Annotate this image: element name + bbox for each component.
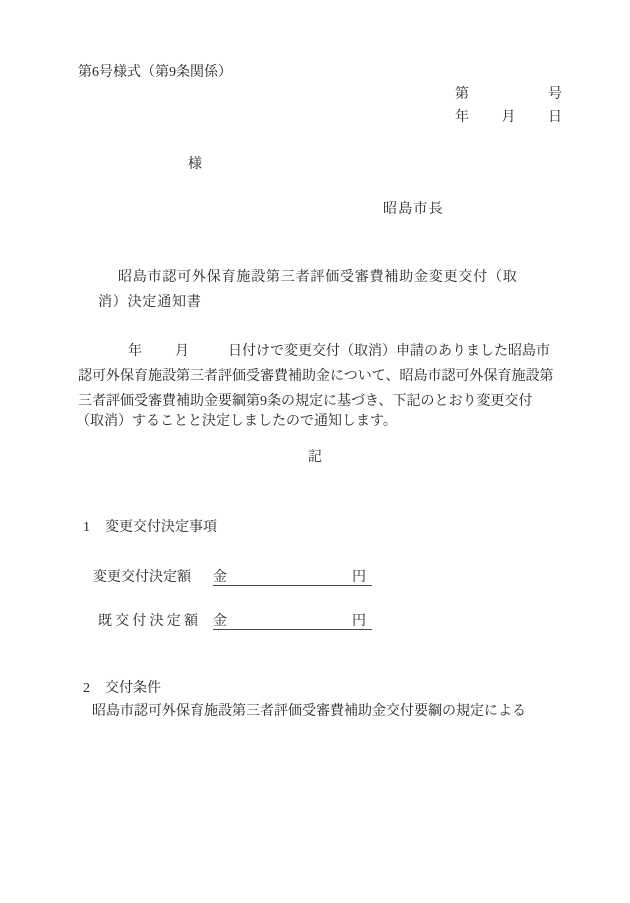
changed-grant-amount-field: 金 円 [213, 568, 372, 586]
document-number-suffix: 号 [548, 85, 562, 105]
yen-suffix: 円 [352, 568, 366, 585]
body-paragraph-line3: 三者評価受審費補助金要綱第9条の規定に基づき、下記のとおり変更交付 [78, 392, 532, 412]
section1-heading: 1 変更交付決定事項 [83, 518, 217, 538]
section2-heading: 2 交付条件 [83, 679, 161, 699]
body-line1-text: 日付けで変更交付（取消）申請のありました昭島市 [228, 344, 550, 359]
document-number-line: 第 号 [455, 85, 562, 105]
previous-grant-amount-field: 金 円 [213, 612, 372, 630]
record-mark: 記 [0, 448, 630, 468]
addressee-suffix: 様 [188, 155, 202, 175]
sender-mayor: 昭島市長 [383, 200, 444, 220]
yen-prefix: 金 [213, 568, 227, 585]
document-number-prefix: 第 [455, 85, 469, 105]
date-month-label: 月 [502, 108, 516, 128]
section1-number: 1 [83, 518, 90, 538]
document-page: 第6号様式（第9条関係） 第 号 年 月 日 様 昭島市長 昭島市認可外保育施設… [0, 0, 630, 903]
form-number: 第6号様式（第9条関係） [78, 63, 232, 83]
section2-number: 2 [83, 679, 90, 699]
body-paragraph-line4: （取消）することと決定しましたので通知します。 [76, 412, 397, 432]
date-year-label: 年 [455, 108, 469, 128]
document-title-line1: 昭島市認可外保育施設第三者評価受審費補助金変更交付（取 [118, 268, 518, 288]
body-month-label: 月 [175, 344, 189, 359]
section2-text: 昭島市認可外保育施設第三者評価受審費補助金交付要綱の規定による [92, 702, 526, 722]
yen-prefix: 金 [213, 612, 227, 629]
previous-grant-amount-label: 既交付決定額 [98, 612, 201, 632]
body-year-label: 年 [128, 344, 142, 359]
section1-title: 変更交付決定事項 [105, 518, 217, 538]
section2-title: 交付条件 [105, 679, 161, 699]
date-line: 年 月 日 [455, 108, 562, 128]
yen-suffix: 円 [352, 612, 366, 629]
document-title-line2: 消）決定通知書 [98, 293, 202, 313]
changed-grant-amount-label: 変更交付決定額 [93, 568, 191, 588]
body-paragraph-line1: 年月日付けで変更交付（取消）申請のありました昭島市 [78, 342, 550, 362]
body-paragraph-line2: 認可外保育施設第三者評価受審費補助金について、昭島市認可外保育施設第 [78, 367, 553, 387]
date-day-label: 日 [548, 108, 562, 128]
